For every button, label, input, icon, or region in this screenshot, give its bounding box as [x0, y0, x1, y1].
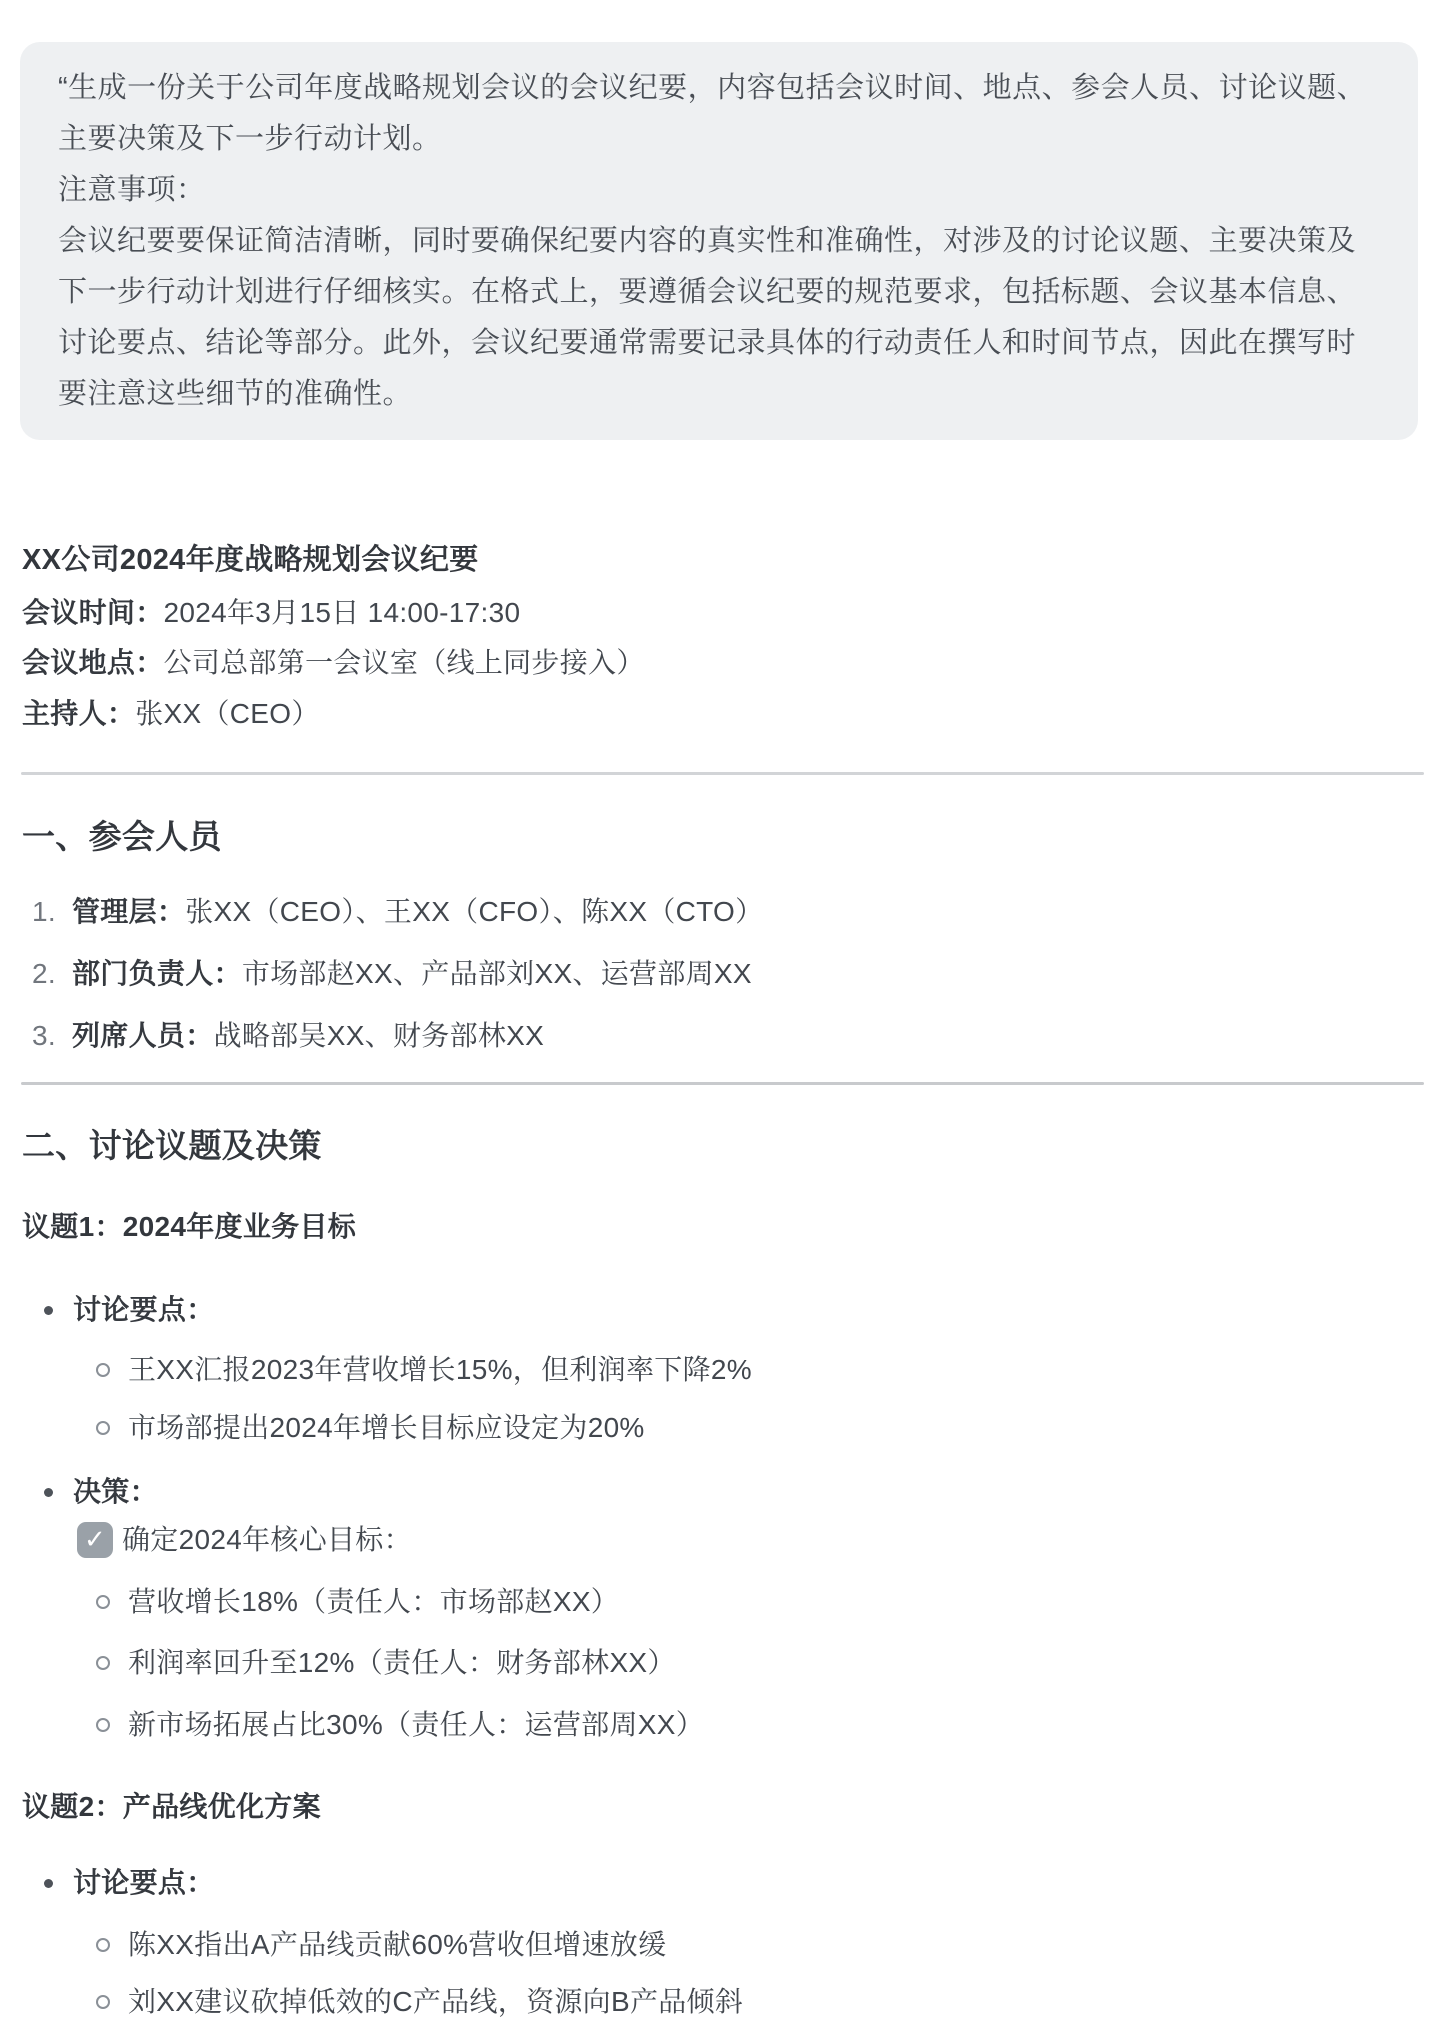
meta-row-location: 会议地点：公司总部第一会议室（线上同步接入）	[22, 642, 1424, 684]
decision-label: 决策：	[73, 1476, 158, 1507]
bullet-icon	[44, 1488, 53, 1497]
prompt-paragraph: 会议纪要要保证简洁清晰，同时要确保纪要内容的真实性和准确性，对涉及的讨论议题、主…	[58, 216, 1368, 420]
decision-item: 新市场拓展占比30%（责任人：运营部周XX）	[22, 1704, 1424, 1746]
item-label: 部门负责人：	[72, 958, 242, 989]
item-text: 张XX（CEO）、王XX（CFO）、陈XX（CTO）	[185, 896, 763, 927]
item-label: 列席人员：	[72, 1020, 214, 1051]
discussion-item: 陈XX指出A产品线贡献60%营收但增速放缓	[22, 1924, 1424, 1966]
item-number: 1.	[32, 891, 72, 933]
circle-bullet-icon	[96, 1595, 110, 1609]
circle-bullet-icon	[96, 1938, 110, 1952]
circle-bullet-icon	[96, 1656, 110, 1670]
document-page: “生成一份关于公司年度战略规划会议的会议纪要，内容包括会议时间、地点、参会人员、…	[0, 0, 1450, 2040]
section2-heading: 二、讨论议题及决策	[22, 1123, 1424, 1169]
item-text: 战略部吴XX、财务部林XX	[214, 1020, 545, 1051]
decision-item: 营收增长18%（责任人：市场部赵XX）	[22, 1581, 1424, 1623]
section-divider	[21, 1082, 1424, 1085]
decision-label-row: 决策：	[22, 1471, 1424, 1513]
discussion-text: 刘XX建议砍掉低效的C产品线，资源向B产品倾斜	[128, 1986, 743, 2017]
circle-bullet-icon	[96, 1421, 110, 1435]
item-label: 管理层：	[72, 896, 185, 927]
circle-bullet-icon	[96, 1995, 110, 2009]
item-text: 市场部赵XX、产品部刘XX、运营部周XX	[242, 958, 752, 989]
meta-value: 张XX（CEO）	[135, 698, 319, 729]
circle-bullet-icon	[96, 1363, 110, 1377]
bullet-icon	[44, 1306, 53, 1315]
attendee-list-item: 2.部门负责人：市场部赵XX、产品部刘XX、运营部周XX	[22, 953, 1424, 995]
meta-label: 会议地点：	[22, 647, 164, 678]
discussion-label: 讨论要点：	[73, 1867, 215, 1898]
prompt-box: “生成一份关于公司年度战略规划会议的会议纪要，内容包括会议时间、地点、参会人员、…	[20, 42, 1418, 440]
meta-label: 会议时间：	[22, 597, 164, 628]
discussion-text: 王XX汇报2023年营收增长15%，但利润率下降2%	[128, 1354, 752, 1385]
meta-value: 2024年3月15日 14:00-17:30	[164, 597, 521, 628]
discussion-label-row: 讨论要点：	[22, 1862, 1424, 1904]
section1-heading: 一、参会人员	[22, 814, 1424, 860]
meta-label: 主持人：	[22, 698, 135, 729]
prompt-paragraph: “生成一份关于公司年度战略规划会议的会议纪要，内容包括会议时间、地点、参会人员、…	[58, 63, 1368, 165]
decision-text: 新市场拓展占比30%（责任人：运营部周XX）	[128, 1709, 704, 1740]
attendee-list-item: 1.管理层：张XX（CEO）、王XX（CFO）、陈XX（CTO）	[22, 891, 1424, 933]
topic1-title: 议题1：2024年度业务目标	[22, 1206, 1424, 1248]
prompt-paragraph: 注意事项：	[58, 165, 1368, 216]
meta-value: 公司总部第一会议室（线上同步接入）	[164, 647, 645, 678]
item-number: 2.	[32, 953, 72, 995]
decision-item: 利润率回升至12%（责任人：财务部林XX）	[22, 1642, 1424, 1684]
discussion-text: 陈XX指出A产品线贡献60%营收但增速放缓	[128, 1929, 666, 1960]
discussion-label-row: 讨论要点：	[22, 1289, 1424, 1331]
checkbox-text: 确定2024年核心目标：	[122, 1524, 412, 1555]
item-number: 3.	[32, 1015, 72, 1057]
decision-checkbox-row: ✓ 确定2024年核心目标：	[22, 1519, 1424, 1561]
meta-row-time: 会议时间：2024年3月15日 14:00-17:30	[22, 592, 1424, 634]
bullet-icon	[44, 1879, 53, 1888]
section-divider	[21, 772, 1424, 775]
meta-row-host: 主持人：张XX（CEO）	[22, 693, 1424, 735]
checkmark-icon: ✓	[84, 1526, 106, 1552]
circle-bullet-icon	[96, 1718, 110, 1732]
topic2-title: 议题2：产品线优化方案	[22, 1786, 1424, 1828]
discussion-item: 市场部提出2024年增长目标应设定为20%	[22, 1407, 1424, 1449]
discussion-text: 市场部提出2024年增长目标应设定为20%	[128, 1412, 645, 1443]
decision-text: 营收增长18%（责任人：市场部赵XX）	[128, 1586, 619, 1617]
discussion-item: 王XX汇报2023年营收增长15%，但利润率下降2%	[22, 1349, 1424, 1391]
attendee-list-item: 3.列席人员：战略部吴XX、财务部林XX	[22, 1015, 1424, 1057]
checked-checkbox-icon[interactable]: ✓	[77, 1522, 113, 1558]
discussion-item: 刘XX建议砍掉低效的C产品线，资源向B产品倾斜	[22, 1981, 1424, 2023]
decision-text: 利润率回升至12%（责任人：财务部林XX）	[128, 1647, 676, 1678]
discussion-label: 讨论要点：	[73, 1294, 215, 1325]
page-title: XX公司2024年度战略规划会议纪要	[22, 539, 1424, 581]
